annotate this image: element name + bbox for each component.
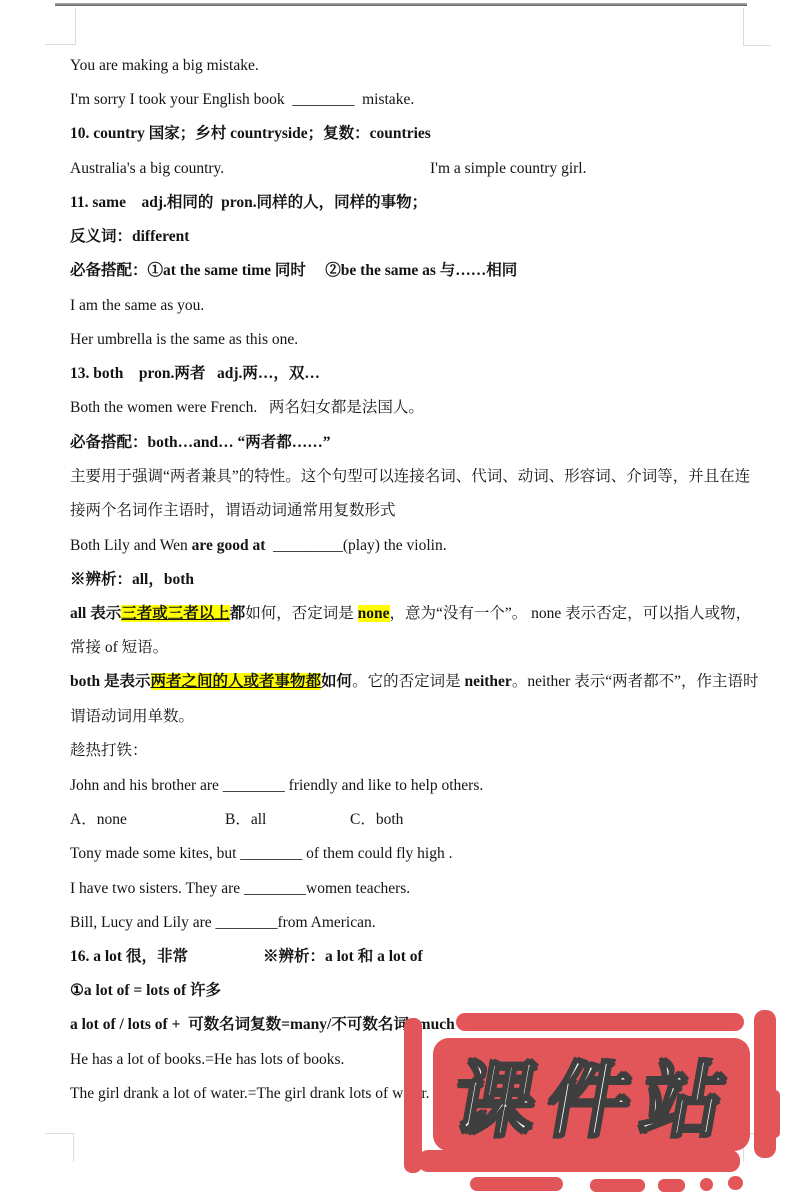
- text-line: I'm sorry I took your English book _____…: [0, 89, 800, 111]
- text-line: A．noneB．allC．both: [0, 809, 800, 831]
- text-line: I am the same as you.: [0, 295, 800, 317]
- text-segment: are good at: [192, 537, 266, 554]
- text-segment: The girl drank a lot of water.=The girl …: [70, 1085, 430, 1102]
- text-line: 主要用于强调“两者兼具”的特性。这个句型可以连接名词、代词、动词、形容词、介词等…: [0, 466, 800, 488]
- text-segment: 主要用于强调“两者兼具”的特性。这个句型可以连接名词、代词、动词、形容词、介词等…: [70, 468, 750, 485]
- text-segment: 13. both pron.两者 adj.两…，双…: [70, 365, 320, 382]
- text-line: 16. a lot 很，非常※辨析：a lot 和 a lot of: [0, 946, 800, 968]
- text-segment: neither: [464, 673, 511, 690]
- text-segment: C．both: [350, 809, 403, 831]
- text-segment: B．all: [225, 809, 266, 831]
- text-line: 11. same adj.相同的 pron.同样的人，同样的事物；: [0, 192, 800, 214]
- text-segment: both 是表示: [70, 673, 151, 690]
- watermark-stamp: 课件站: [398, 1005, 796, 1197]
- text-line: 常接 of 短语。: [0, 637, 800, 659]
- text-segment: Her umbrella is the same as this one.: [70, 331, 298, 348]
- text-line: all 表示三者或三者以上都如何，否定词是 none，意为“没有一个”。 non…: [0, 603, 800, 625]
- text-segment: 10. country 国家；乡村 countryside；复数：countri…: [70, 125, 431, 142]
- text-segment: Bill, Lucy and Lily are ________from Ame…: [70, 914, 376, 931]
- text-segment: 16. a lot 很，非常: [70, 948, 188, 965]
- text-line: both 是表示两者之间的人或者事物都如何。它的否定词是 neither。nei…: [0, 671, 800, 693]
- text-line: 必备搭配：both…and… “两者都……”: [0, 432, 800, 454]
- stamp-border-dash: [658, 1179, 685, 1192]
- highlighted-text-segment: none: [358, 605, 390, 622]
- text-segment: Tony made some kites, but ________ of th…: [70, 845, 453, 862]
- text-segment: 接两个名词作主语时，谓语动词通常用复数形式: [70, 502, 396, 519]
- text-segment: _________(play) the violin.: [265, 537, 446, 554]
- text-line: Tony made some kites, but ________ of th…: [0, 843, 800, 865]
- text-segment: 常接 of 短语。: [70, 639, 168, 656]
- text-segment: A．none: [70, 811, 127, 828]
- text-segment: Both Lily and Wen: [70, 537, 192, 554]
- highlighted-text-segment: 三者或三者以上: [121, 605, 230, 622]
- text-segment: John and his brother are ________ friend…: [70, 777, 483, 794]
- text-line: 13. both pron.两者 adj.两…，双…: [0, 363, 800, 385]
- stamp-border-dot: [700, 1178, 713, 1191]
- text-segment: ①a lot of = lots of 许多: [70, 982, 221, 999]
- text-segment: I'm sorry I took your English book _____…: [70, 91, 414, 108]
- stamp-border-right-fragment: [770, 1090, 780, 1138]
- text-segment: 趁热打铁：: [70, 742, 148, 759]
- document-page: You are making a big mistake.I'm sorry I…: [0, 0, 800, 1200]
- text-segment: You are making a big mistake.: [70, 57, 259, 74]
- stamp-border-top: [456, 1013, 744, 1031]
- text-segment: ，意为“没有一个”。 none 表示否定，可以指人或物，: [390, 605, 752, 622]
- stamp-border-left: [404, 1018, 422, 1173]
- stamp-border-dash: [590, 1179, 645, 1192]
- text-line: I have two sisters. They are ________wom…: [0, 878, 800, 900]
- text-segment: ※辨析：all，both: [70, 571, 194, 588]
- text-line: Both the women were French. 两名妇女都是法国人。: [0, 397, 800, 419]
- text-segment: 如何: [321, 673, 352, 690]
- text-line: Both Lily and Wen are good at _________(…: [0, 535, 800, 557]
- text-segment: I'm a simple country girl.: [430, 158, 586, 180]
- text-line: Bill, Lucy and Lily are ________from Ame…: [0, 912, 800, 934]
- text-segment: 。neither 表示“两者都不”，作主语时: [512, 673, 759, 690]
- text-segment: ※辨析：a lot 和 a lot of: [263, 946, 423, 968]
- text-segment: 如何，否定词是: [245, 605, 357, 622]
- text-line: You are making a big mistake.: [0, 55, 800, 77]
- stamp-border-dot: [728, 1176, 743, 1190]
- text-segment: 11. same adj.相同的 pron.同样的人，同样的事物；: [70, 194, 427, 211]
- text-segment: Both the women were French. 两名妇女都是法国人。: [70, 399, 424, 416]
- stamp-border-bottom: [418, 1150, 740, 1172]
- text-segment: 都: [230, 605, 246, 622]
- text-segment: 必备搭配：①at the same time 同时 ②be the same a…: [70, 262, 517, 279]
- text-line: 谓语动词用单数。: [0, 706, 800, 728]
- stamp-text: 课件站: [423, 1038, 760, 1151]
- text-segment: a lot of / lots of + 可数名词复数=many/不可数名词=m…: [70, 1016, 455, 1033]
- text-line: 10. country 国家；乡村 countryside；复数：countri…: [0, 123, 800, 145]
- text-segment: 谓语动词用单数。: [70, 708, 194, 725]
- text-segment: He has a lot of books.=He has lots of bo…: [70, 1051, 344, 1068]
- text-segment: all 表示: [70, 605, 121, 622]
- text-line: 必备搭配：①at the same time 同时 ②be the same a…: [0, 260, 800, 282]
- text-segment: 。它的否定词是: [352, 673, 464, 690]
- text-line: ※辨析：all，both: [0, 569, 800, 591]
- text-line: 反义词：different: [0, 226, 800, 248]
- text-line: Australia's a big country.I'm a simple c…: [0, 158, 800, 180]
- text-line: 接两个名词作主语时，谓语动词通常用复数形式: [0, 500, 800, 522]
- text-segment: Australia's a big country.: [70, 160, 224, 177]
- text-segment: 反义词：different: [70, 228, 189, 245]
- text-segment: I have two sisters. They are ________wom…: [70, 880, 410, 897]
- text-segment: I am the same as you.: [70, 297, 204, 314]
- text-line: 趁热打铁：: [0, 740, 800, 762]
- text-line: Her umbrella is the same as this one.: [0, 329, 800, 351]
- text-line: John and his brother are ________ friend…: [0, 775, 800, 797]
- stamp-border-dash: [470, 1177, 563, 1191]
- highlighted-text-segment: 两者之间的人或者事物都: [151, 673, 322, 690]
- text-segment: 必备搭配：both…and… “两者都……”: [70, 434, 331, 451]
- text-line: ①a lot of = lots of 许多: [0, 980, 800, 1002]
